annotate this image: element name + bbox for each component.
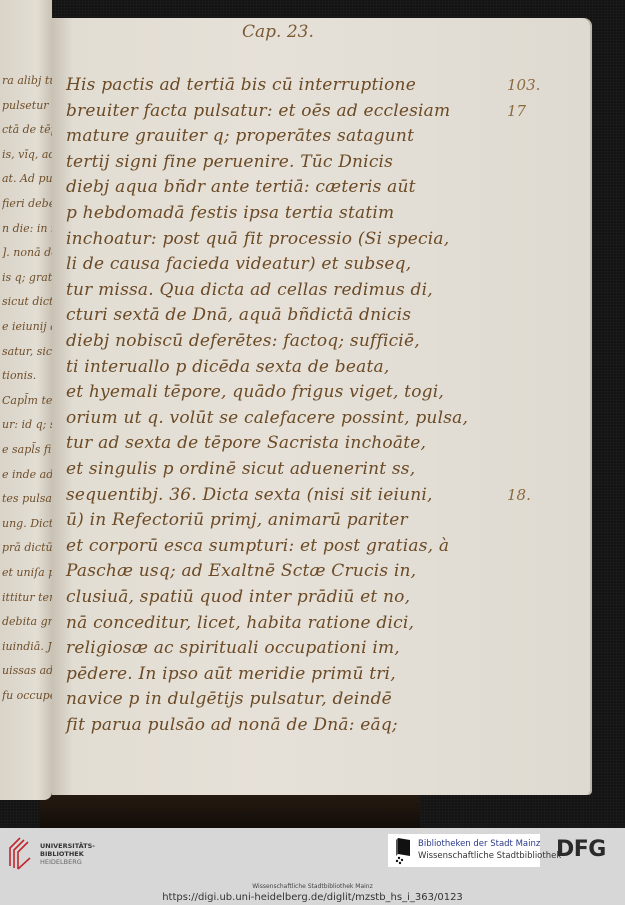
manuscript-line: sequentibj. 36. Dicta sexta (nisi sit ie…: [66, 482, 433, 508]
left-page-fragment: debita gra: [2, 611, 52, 633]
left-page-fragment: fu occupe: [2, 685, 52, 707]
left-page-fragment: iuindiā. Ju: [2, 636, 52, 658]
left-page-fragment: e inde ad: [2, 464, 52, 486]
margin-folio-number: 18.: [507, 486, 531, 504]
manuscript-line: nā conceditur, licet, habita ratione dic…: [66, 610, 414, 636]
left-page-fragment: prā dictū: [2, 537, 52, 559]
left-page-fragment: at. Ad pulsa: [2, 168, 52, 190]
left-page-fragment: tionis.: [2, 365, 52, 387]
chapter-heading: Cap. 23.: [242, 22, 314, 42]
left-page-fragment: pulsetur ad: [2, 95, 52, 117]
left-page-fragment: is, vīq, ad sig: [2, 144, 52, 166]
mainz-logo-title: Bibliotheken der Stadt Mainz: [418, 839, 540, 849]
manuscript-line: ū) in Refectoriū primj, animarū pariter: [66, 507, 408, 533]
margin-folio-number: 103.: [507, 76, 540, 94]
left-page-fragment: ung. Dicta: [2, 513, 52, 535]
manuscript-line: pēdere. In ipso aūt meridie primū tri,: [66, 661, 396, 687]
manuscript-line: et singulis p ordinē sicut aduenerint ss…: [66, 456, 415, 482]
manuscript-line: Paschæ usq; ad Exaltnē Sctæ Crucis in,: [66, 558, 416, 584]
left-page-fragment: ]. nonā de: [2, 242, 52, 264]
left-page-edge: ra alibj tūpulsetur adctā de tēpōis, vīq…: [0, 0, 52, 800]
margin-folio-number: 17: [507, 102, 526, 120]
manuscript-line: His pactis ad tertiā bis cū interruption…: [66, 72, 416, 98]
ub-line-1: UNIVERSITÄTS-: [40, 842, 95, 850]
left-page-fragment: satur, sicut: [2, 341, 52, 363]
ub-heidelberg-wordmark: UNIVERSITÄTS- BIBLIOTHEK HEIDELBERG: [40, 842, 95, 866]
left-page-fragment: ctā de tēpō: [2, 119, 52, 141]
left-page-fragment: is q; gratijs: [2, 267, 52, 289]
manuscript-line: tur missa. Qua dicta ad cellas redimus d…: [66, 277, 433, 303]
left-page-fragment: sicut dictū: [2, 291, 52, 313]
left-page-fragment: ra alibj tū: [2, 70, 52, 92]
dfg-logo[interactable]: DFG: [556, 837, 606, 862]
left-page-fragment: ur: id q; ssfe: [2, 414, 52, 436]
manuscript-line: religiosæ ac spirituali occupationi im,: [66, 635, 400, 661]
manuscript-line: li de causa facieda videatur) et subseq,: [66, 251, 411, 277]
left-page-fragment: fieri debet,: [2, 193, 52, 215]
footer-bar: UNIVERSITÄTS- BIBLIOTHEK HEIDELBERG Bibl…: [0, 828, 625, 905]
manuscript-line: mature grauiter q; properātes satagunt: [66, 123, 414, 149]
manuscript-line: breuiter facta pulsatur: et oēs ad eccle…: [66, 98, 450, 124]
left-page-fragment: uissas ad: [2, 660, 52, 682]
left-page-fragment: e sapl̄s fit,: [2, 439, 52, 461]
left-page-fragment: Capl̄m tem: [2, 390, 52, 412]
holding-institution-credit: Wissenschaftliche Stadtbibliothek Mainz: [0, 883, 625, 890]
permalink-url[interactable]: https://digi.ub.uni-heidelberg.de/diglit…: [0, 892, 625, 903]
manuscript-line: navice p in dulgētijs pulsatur, deindē: [66, 686, 392, 712]
manuscript-line: diebj nobiscū deferētes: factoq; suffici…: [66, 328, 420, 354]
manuscript-line: p hebdomadā festis ipsa tertia statim: [66, 200, 394, 226]
manuscript-line: ti interuallo p dicēda sexta de beata,: [66, 354, 389, 380]
ub-heidelberg-logo[interactable]: UNIVERSITÄTS- BIBLIOTHEK HEIDELBERG: [6, 836, 96, 870]
ub-line-3: HEIDELBERG: [40, 858, 95, 866]
manuscript-line: cturi sextā de Dnā, aquā bñdictā dnicis: [66, 302, 411, 328]
manuscript-line: orium ut q. volūt se calefacere possint,…: [66, 405, 468, 431]
ub-heidelberg-emblem-icon: [6, 836, 34, 870]
manuscript-line: tur ad sexta de tēpore Sacrista inchoāte…: [66, 430, 426, 456]
manuscript-line: et hyemali tēpore, quādo frigus viget, t…: [66, 379, 444, 405]
left-page-fragment: ittitur terī: [2, 587, 52, 609]
left-page-fragment: et uniſa p: [2, 562, 52, 584]
left-page-fragment: tes pulsam: [2, 488, 52, 510]
manuscript-line: clusiuā, spatiū quod inter prādiū et no,: [66, 584, 410, 610]
mainz-library-logo[interactable]: Bibliotheken der Stadt Mainz Wissenschaf…: [388, 834, 540, 867]
mainz-logo-subtitle: Wissenschaftliche Stadtbibliothek: [418, 851, 561, 861]
right-page: Cap. 23. His pactis ad tertiā bis cū int…: [52, 18, 590, 795]
manuscript-scan: ra alibj tūpulsetur adctā de tēpōis, vīq…: [0, 0, 625, 828]
ub-line-2: BIBLIOTHEK: [40, 850, 95, 858]
left-page-fragment: e ieiunij a: [2, 316, 52, 338]
book-emblem-icon: [392, 836, 416, 866]
manuscript-line: et corporū esca sumpturi: et post gratia…: [66, 533, 449, 559]
manuscript-line: inchoatur: post quā fit processio (Si sp…: [66, 226, 449, 252]
left-page-fragment: n die: in ini: [2, 218, 52, 240]
manuscript-line: diebj aqua bñdr ante tertiā: cæteris aūt: [66, 174, 416, 200]
manuscript-line: tertij signi fine peruenire. Tūc Dnicis: [66, 149, 393, 175]
manuscript-line: fit parua pulsāo ad nonā de Dnā: eāq;: [66, 712, 398, 738]
